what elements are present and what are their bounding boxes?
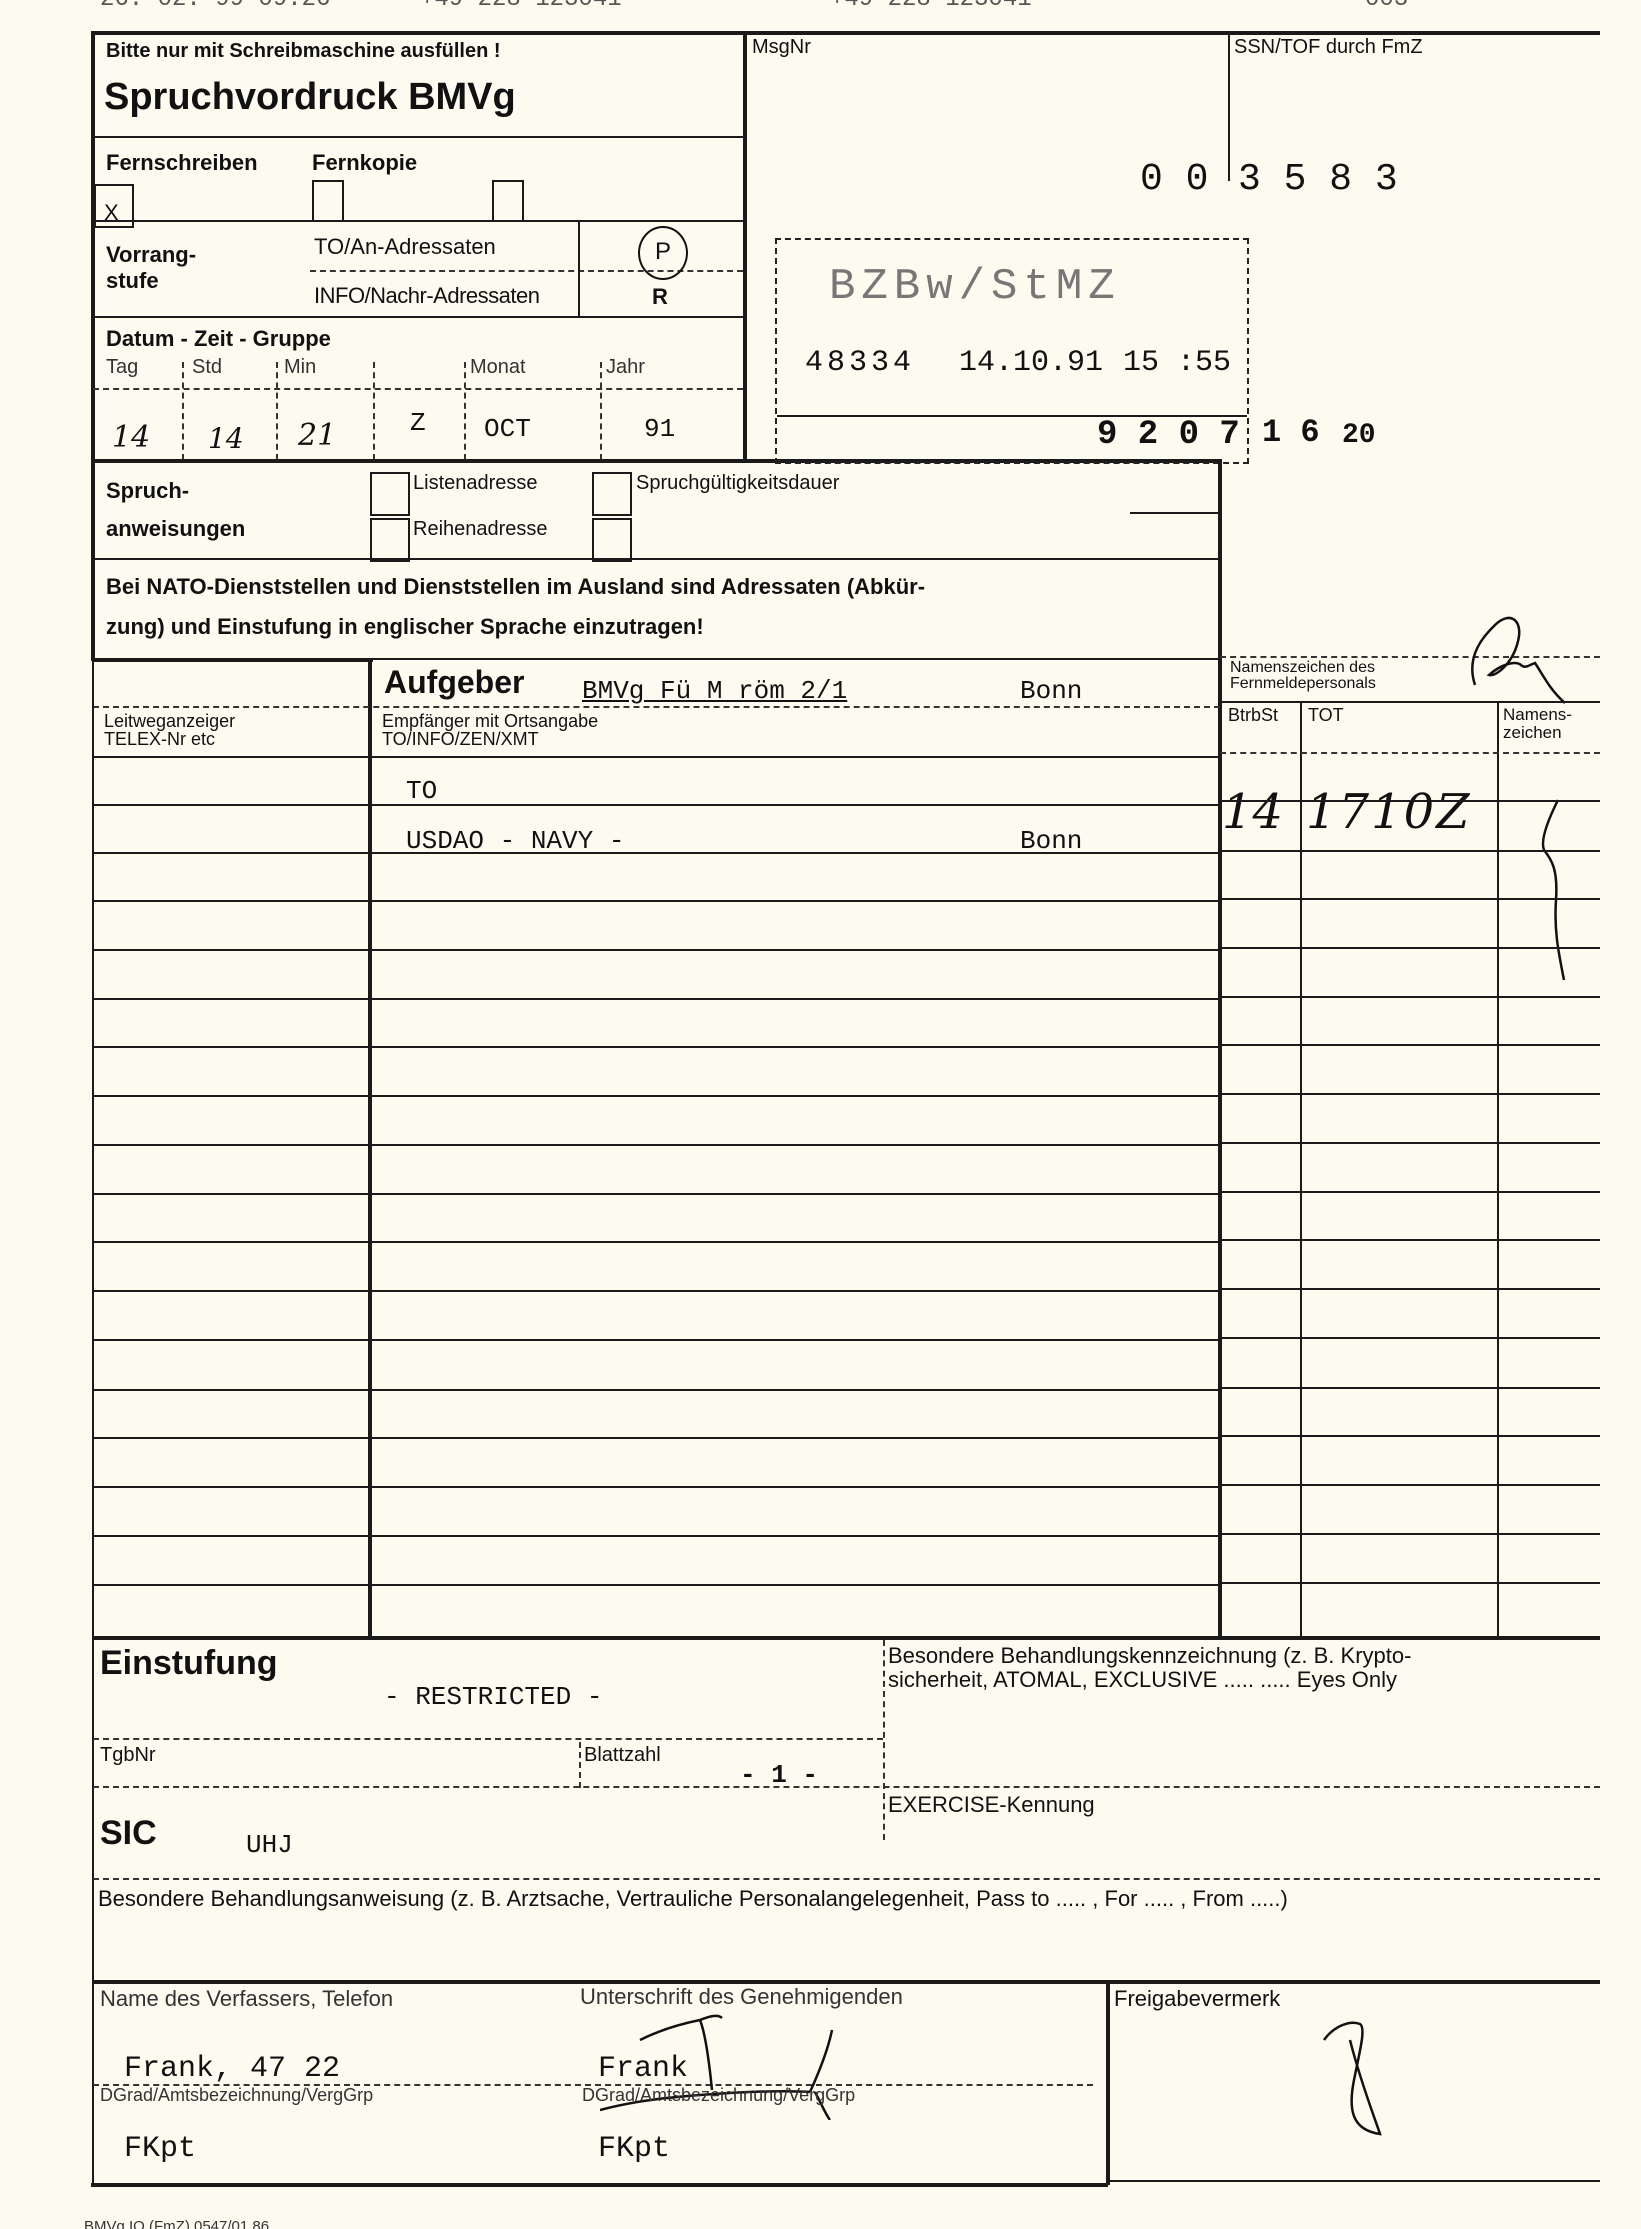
sic-value[interactable]: UHJ	[246, 1830, 293, 1860]
fernmelde-signature	[1455, 605, 1565, 705]
divider	[373, 658, 1220, 660]
dtg-min-value[interactable]: 21	[298, 418, 336, 453]
divider	[93, 1636, 1600, 1640]
row-line	[1220, 800, 1600, 802]
empfaenger-label: Empfänger mit Ortsangabe TO/INFO/ZEN/XMT	[382, 712, 598, 748]
fax-page: 003	[1365, 0, 1408, 13]
main-right-border	[1218, 459, 1222, 1637]
behandlungsanweisung-label: Besondere Behandlungsanweisung (z. B. Ar…	[98, 1886, 1288, 1912]
fernschreiben-label: Fernschreiben	[106, 150, 258, 176]
spruchanweisungen-label: Spruch- anweisungen	[106, 472, 245, 548]
einstufung-label: Einstufung	[100, 1644, 278, 1683]
row-line	[93, 1144, 1220, 1146]
row-line	[93, 1193, 1220, 1195]
tot-header: TOT	[1308, 706, 1344, 724]
dtg-label: Datum - Zeit - Gruppe	[106, 326, 331, 352]
divider	[93, 658, 373, 662]
priority-p: P	[655, 238, 671, 265]
stamp-office: BZBw/StMZ	[829, 262, 1121, 312]
freigabe-label: Freigabevermerk	[1114, 1986, 1280, 2012]
stamp-extra3: 20	[1342, 420, 1376, 451]
reihenadresse-checkbox[interactable]	[370, 518, 410, 562]
fax-to-number: +49 228 123041	[830, 0, 1032, 13]
dtg-tag-value[interactable]: 14	[112, 420, 150, 455]
divider	[91, 2183, 1108, 2187]
stamp-extra2: 1 6	[1262, 414, 1320, 451]
row-line	[1220, 1484, 1600, 1486]
divider	[1220, 752, 1600, 754]
aufgeber-location[interactable]: Bonn	[1020, 676, 1082, 706]
row-line	[1220, 1387, 1600, 1389]
row-line	[93, 1584, 1220, 1586]
row-line	[93, 804, 1220, 806]
listenadresse-checkbox[interactable]	[370, 472, 410, 516]
listenadresse-label: Listenadresse	[413, 472, 538, 495]
fax-datetime: 26. 02. 99 09:26	[100, 0, 330, 13]
dtg-jahr-value[interactable]: 91	[644, 414, 675, 444]
divider	[93, 388, 743, 390]
fax-header: 26. 02. 99 09:26 +49 228 123041 +49 228 …	[100, 0, 1600, 10]
vorrang-to-label: TO/An-Adressaten	[314, 234, 496, 260]
msgnr-label: MsgNr	[752, 36, 811, 59]
divider	[1220, 701, 1600, 703]
ssn-label: SSN/TOF durch FmZ	[1234, 36, 1423, 59]
verfasser-dgrad-value[interactable]: FKpt	[124, 2132, 196, 2166]
notice-line1: Bei NATO-Dienststellen und Dienststellen…	[106, 574, 925, 600]
genehmigender-dgrad-label: DGrad/Amtsbezeichnung/VergGrp	[582, 2086, 855, 2104]
row-line	[1220, 1288, 1600, 1290]
row-line	[1220, 947, 1600, 949]
divider	[579, 1742, 581, 1788]
form-instruction: Bitte nur mit Schreibmaschine ausfüllen …	[106, 40, 501, 63]
tot-handwritten-btrbst[interactable]: 14	[1222, 784, 1283, 840]
divider	[578, 220, 580, 316]
divider	[1497, 701, 1499, 1637]
dtg-header-std: Std	[192, 356, 222, 379]
extra-checkbox[interactable]	[592, 518, 632, 562]
divider	[1130, 512, 1220, 514]
row-line	[1220, 1533, 1600, 1535]
divider	[93, 1738, 883, 1740]
behandlungskennzeichnung-label: Besondere Behandlungskennzeichnung (z. B…	[888, 1644, 1411, 1692]
divider	[464, 362, 466, 460]
namenszeichen-line2: zeichen	[1503, 724, 1572, 742]
divider	[93, 558, 1220, 560]
fax-from-number: +49 228 123041	[420, 0, 622, 13]
divider	[1106, 1980, 1110, 2185]
row-line	[93, 1290, 1220, 1292]
row-line	[93, 1046, 1220, 1048]
empfaenger-row-1[interactable]: TO	[406, 776, 437, 806]
fernmelde-label-line2: Fernmeldepersonals	[1230, 676, 1376, 692]
fernmelde-label-line1: Namenszeichen des	[1230, 660, 1376, 676]
divider	[93, 316, 743, 318]
row-line	[1220, 1582, 1600, 1584]
divider	[1228, 31, 1230, 181]
btrbst-header: BtrbSt	[1228, 706, 1278, 724]
dtg-header-monat: Monat	[470, 356, 526, 379]
fernmelde-label: Namenszeichen des Fernmeldepersonals	[1230, 660, 1376, 692]
divider	[93, 1786, 1600, 1788]
row-line	[1220, 898, 1600, 900]
tot-handwritten-value[interactable]: 1710Z	[1306, 784, 1472, 840]
verfasser-label: Name des Verfassers, Telefon	[100, 1986, 393, 2012]
notice-line2: zung) und Einstufung in englischer Sprac…	[106, 614, 704, 640]
verfasser-value[interactable]: Frank, 47 22	[124, 2052, 340, 2086]
row-line	[1220, 1337, 1600, 1339]
genehmigender-label: Unterschrift des Genehmigenden	[580, 1984, 903, 2010]
divider	[93, 706, 1220, 708]
verfasser-dgrad-label: DGrad/Amtsbezeichnung/VergGrp	[100, 2086, 373, 2104]
row-line	[93, 1389, 1220, 1391]
sic-label: SIC	[100, 1814, 157, 1853]
dtg-header-tag: Tag	[106, 356, 138, 379]
divider	[182, 362, 184, 460]
reihenadresse-label: Reihenadresse	[413, 518, 548, 541]
top-border	[93, 31, 1600, 35]
left-border-lower	[92, 660, 94, 2185]
received-stamp: BZBw/StMZ 48334 14.10.91 15 :55 9 2 0 7	[775, 238, 1249, 464]
row-line	[93, 1535, 1220, 1537]
empfaenger-label-line1: Empfänger mit Ortsangabe	[382, 712, 598, 730]
genehmigender-dgrad-value[interactable]: FKpt	[598, 2132, 670, 2166]
divider	[883, 1640, 885, 1840]
divider	[93, 136, 743, 138]
stamp-time: 15 :55	[1123, 346, 1231, 380]
left-box-right-border	[743, 31, 747, 461]
msgnr-value[interactable]: 0 0	[1140, 158, 1208, 201]
other-checkbox[interactable]	[492, 180, 524, 222]
row-line	[1220, 996, 1600, 998]
behandlungskennzeichnung-line2: sicherheit, ATOMAL, EXCLUSIVE ..... ....…	[888, 1668, 1411, 1692]
tgbnr-label: TgbNr	[100, 1744, 156, 1767]
row-line	[93, 1241, 1220, 1243]
row-line	[93, 998, 1220, 1000]
dtg-monat-value[interactable]: OCT	[484, 414, 531, 444]
row-line	[1220, 1239, 1600, 1241]
aufgeber-value[interactable]: BMVg Fü M röm 2/1	[582, 676, 847, 706]
exercise-label: EXERCISE-Kennung	[888, 1792, 1095, 1818]
left-border	[91, 31, 95, 661]
dtg-std-value[interactable]: 14	[208, 422, 244, 455]
aufgeber-label: Aufgeber	[384, 664, 524, 701]
vorrang-to-value[interactable]: P	[638, 226, 688, 280]
row-line	[1220, 1191, 1600, 1193]
row-line	[1220, 1093, 1600, 1095]
fernkopie-checkbox[interactable]	[312, 180, 344, 222]
blattzahl-label: Blattzahl	[584, 1744, 661, 1767]
namenszeichen-line1: Namens-	[1503, 706, 1572, 724]
row-line	[93, 1339, 1220, 1341]
leitweg-label: Leitweganzeiger TELEX-Nr etc	[104, 712, 235, 748]
fernkopie-label: Fernkopie	[312, 150, 417, 176]
row-line	[1220, 1044, 1600, 1046]
freigabe-signature	[1320, 2020, 1410, 2140]
form-title: Spruchvordruck BMVg	[104, 76, 516, 119]
leitweg-label-line2: TELEX-Nr etc	[104, 730, 235, 748]
leitweg-label-line1: Leitweganzeiger	[104, 712, 235, 730]
dtg-header-min: Min	[284, 356, 316, 379]
row-line	[1220, 850, 1600, 852]
stamp-number: 48334	[805, 346, 915, 380]
row-line	[93, 1095, 1220, 1097]
divider	[1108, 2180, 1600, 2182]
row-line	[93, 1486, 1220, 1488]
row-line	[1220, 1435, 1600, 1437]
spruchgueltigkeit-label: Spruchgültigkeitsdauer	[636, 472, 839, 495]
namenszeichen-header: Namens- zeichen	[1503, 706, 1572, 742]
vorrang-label: Vorrang- stufe	[106, 242, 196, 294]
divider	[373, 362, 375, 460]
leitweg-divider	[368, 660, 372, 1638]
vorrang-info-value[interactable]: R	[652, 284, 668, 310]
vorrang-info-label: INFO/Nachr-Adressaten	[314, 283, 539, 309]
row-line	[93, 852, 1220, 854]
ssn-value[interactable]: 3 5 8 3	[1238, 158, 1398, 201]
divider	[93, 1878, 1600, 1880]
stamp-extra: 9 2 0 7	[1097, 416, 1240, 454]
checkbox-x-mark: X	[104, 200, 119, 226]
row-line	[1220, 1142, 1600, 1144]
stamp-date: 14.10.91	[959, 346, 1103, 380]
footer-code: BMVg IO (FmZ) 0547/01.86	[84, 2218, 269, 2229]
divider	[276, 362, 278, 460]
divider	[1300, 701, 1302, 1637]
divider	[93, 756, 1220, 758]
tot-namenszeichen-signature	[1530, 790, 1580, 990]
divider	[600, 362, 602, 460]
einstufung-value[interactable]: - RESTRICTED -	[384, 1682, 602, 1712]
behandlungskennzeichnung-line1: Besondere Behandlungskennzeichnung (z. B…	[888, 1644, 1411, 1668]
row-line	[93, 949, 1220, 951]
empfaenger-label-line2: TO/INFO/ZEN/XMT	[382, 730, 598, 748]
dtg-header-jahr: Jahr	[606, 356, 645, 379]
divider	[93, 220, 743, 222]
row-line	[93, 1437, 1220, 1439]
dtg-zone-value[interactable]: Z	[410, 408, 426, 438]
spruchgueltigkeit-checkbox[interactable]	[592, 472, 632, 516]
row-line	[93, 900, 1220, 902]
